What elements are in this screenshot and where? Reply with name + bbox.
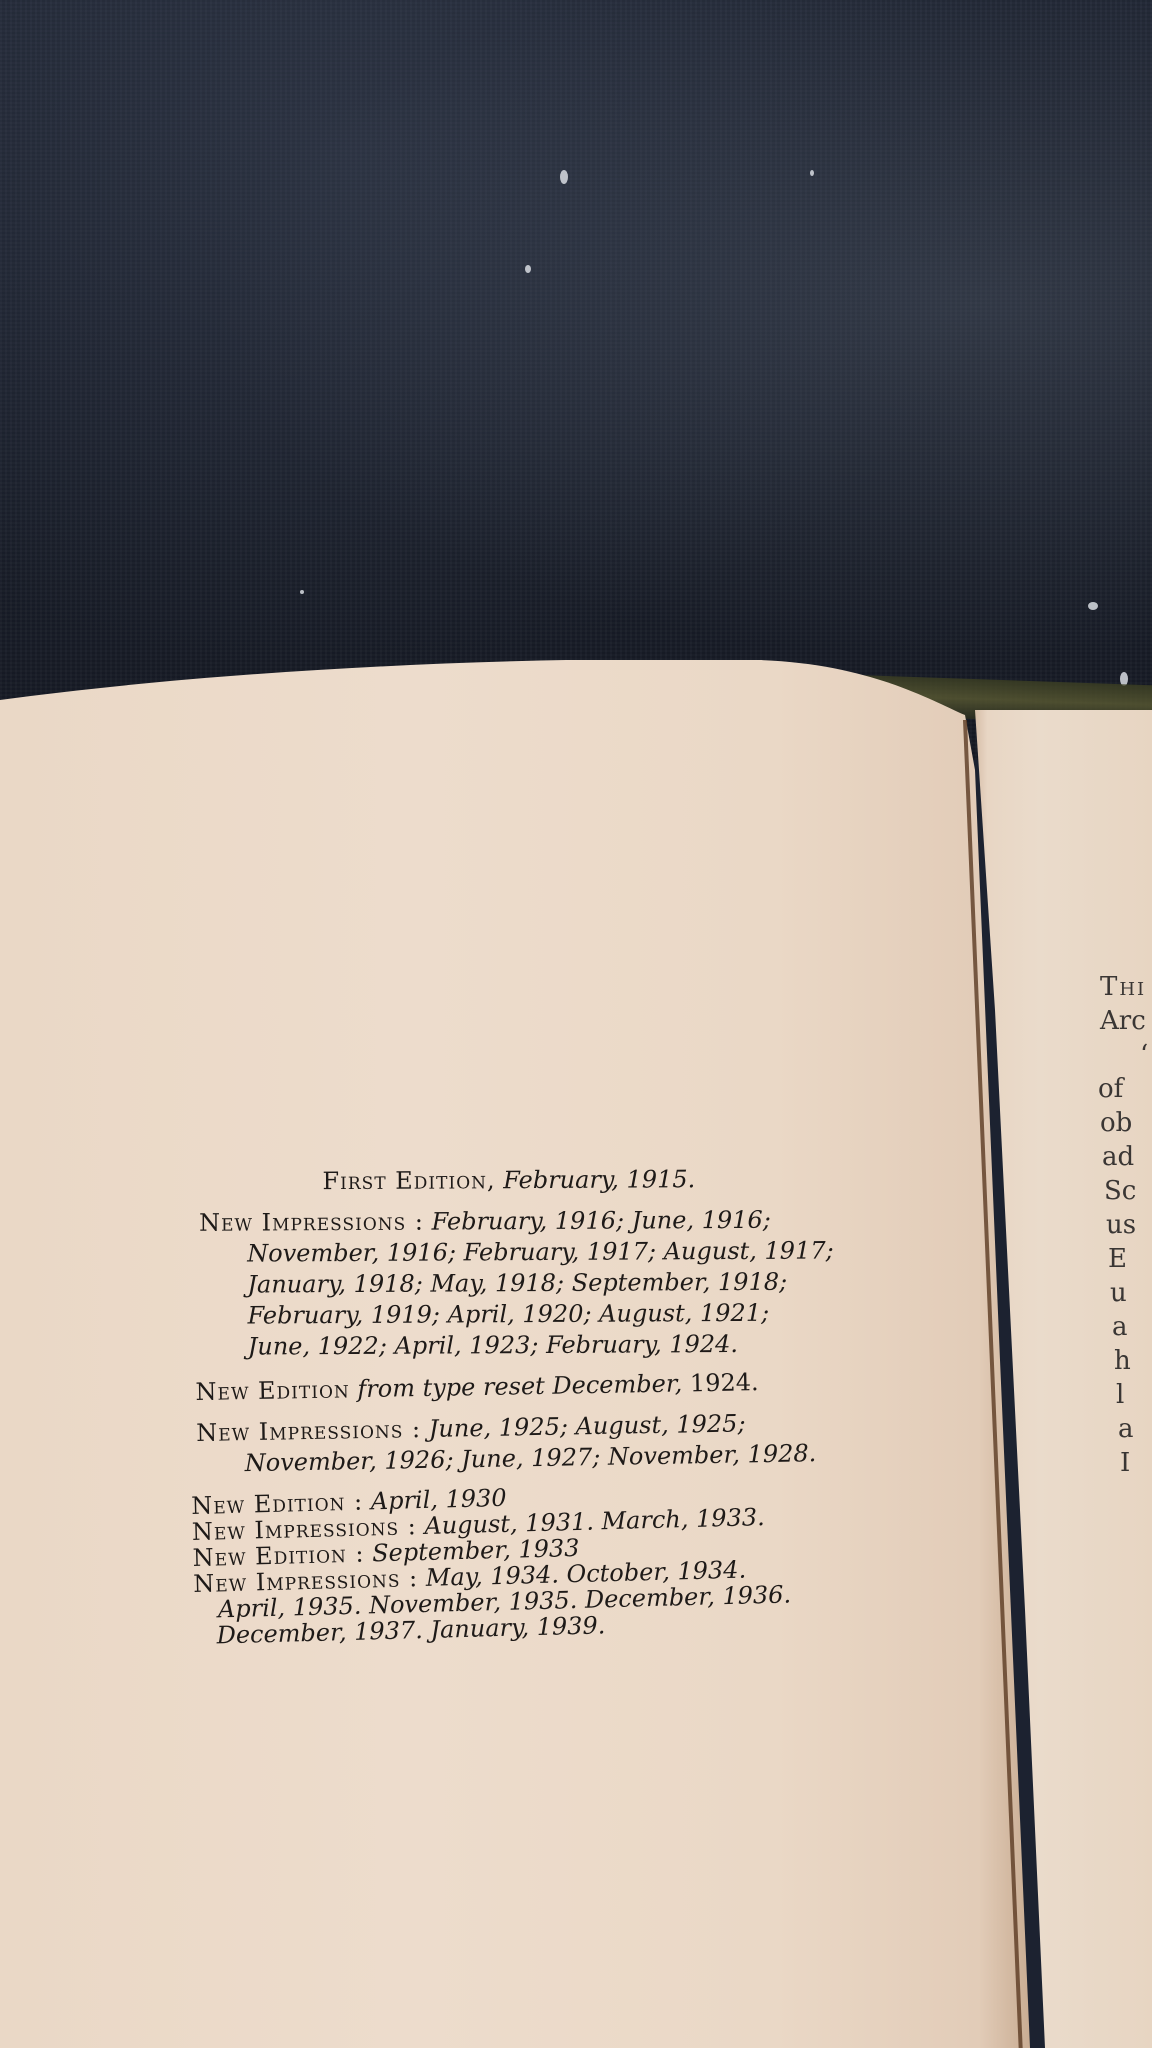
right-line: ob: [1100, 1106, 1148, 1140]
right-line: us: [1106, 1208, 1148, 1242]
new-edition-year: 1924.: [690, 1368, 759, 1397]
new-edition-label: New Edition: [195, 1375, 350, 1406]
right-line: Thi: [1100, 970, 1148, 1004]
right-line: Sc: [1104, 1174, 1148, 1208]
right-line: ‘: [1100, 1038, 1148, 1072]
impressions-line: February, 1919; April, 1920; August, 192…: [247, 1299, 769, 1330]
first-edition-label: First Edition,: [322, 1166, 495, 1195]
first-edition-date: February, 1915.: [503, 1165, 695, 1194]
first-edition-line: First Edition, February, 1915.: [199, 1163, 879, 1198]
dust-speck: [810, 170, 814, 176]
impressions-label: New Impressions :: [196, 1415, 421, 1447]
dust-speck: [1088, 602, 1098, 610]
new-edition-text: from type reset December,: [357, 1369, 682, 1403]
dust-speck: [560, 170, 568, 184]
right-line: I: [1120, 1446, 1148, 1480]
right-line: a: [1112, 1310, 1148, 1344]
right-line: Arc: [1100, 1004, 1148, 1038]
right-line: l: [1116, 1378, 1148, 1412]
book-cover-cloth: [0, 0, 1152, 760]
dust-speck: [300, 590, 304, 594]
impressions-line: June, 1925; August, 1925;: [429, 1409, 746, 1443]
dust-speck: [525, 265, 531, 273]
right-line: of: [1098, 1072, 1148, 1106]
impressions-line: February, 1916; June, 1916;: [432, 1206, 771, 1236]
impressions-line: January, 1918; May, 1918; September, 191…: [247, 1268, 787, 1299]
right-line: a: [1118, 1412, 1148, 1446]
right-page-text-fragment: Thi Arc ‘ of ob ad Sc us E u a h l a I: [1100, 970, 1148, 1480]
edition-history: First Edition, February, 1915. New Impre…: [199, 1163, 881, 1642]
impressions-line: June, 1922; April, 1923; February, 1924.: [248, 1330, 738, 1361]
impressions-line: November, 1916; February, 1917; August, …: [247, 1236, 834, 1267]
impressions-block-1: New Impressions : February, 1916; June, …: [199, 1204, 879, 1239]
right-line: E: [1108, 1242, 1148, 1276]
right-line: h: [1114, 1344, 1148, 1378]
right-line: ad: [1102, 1140, 1148, 1174]
right-line: u: [1110, 1276, 1148, 1310]
impressions-label: New Impressions :: [199, 1208, 424, 1237]
